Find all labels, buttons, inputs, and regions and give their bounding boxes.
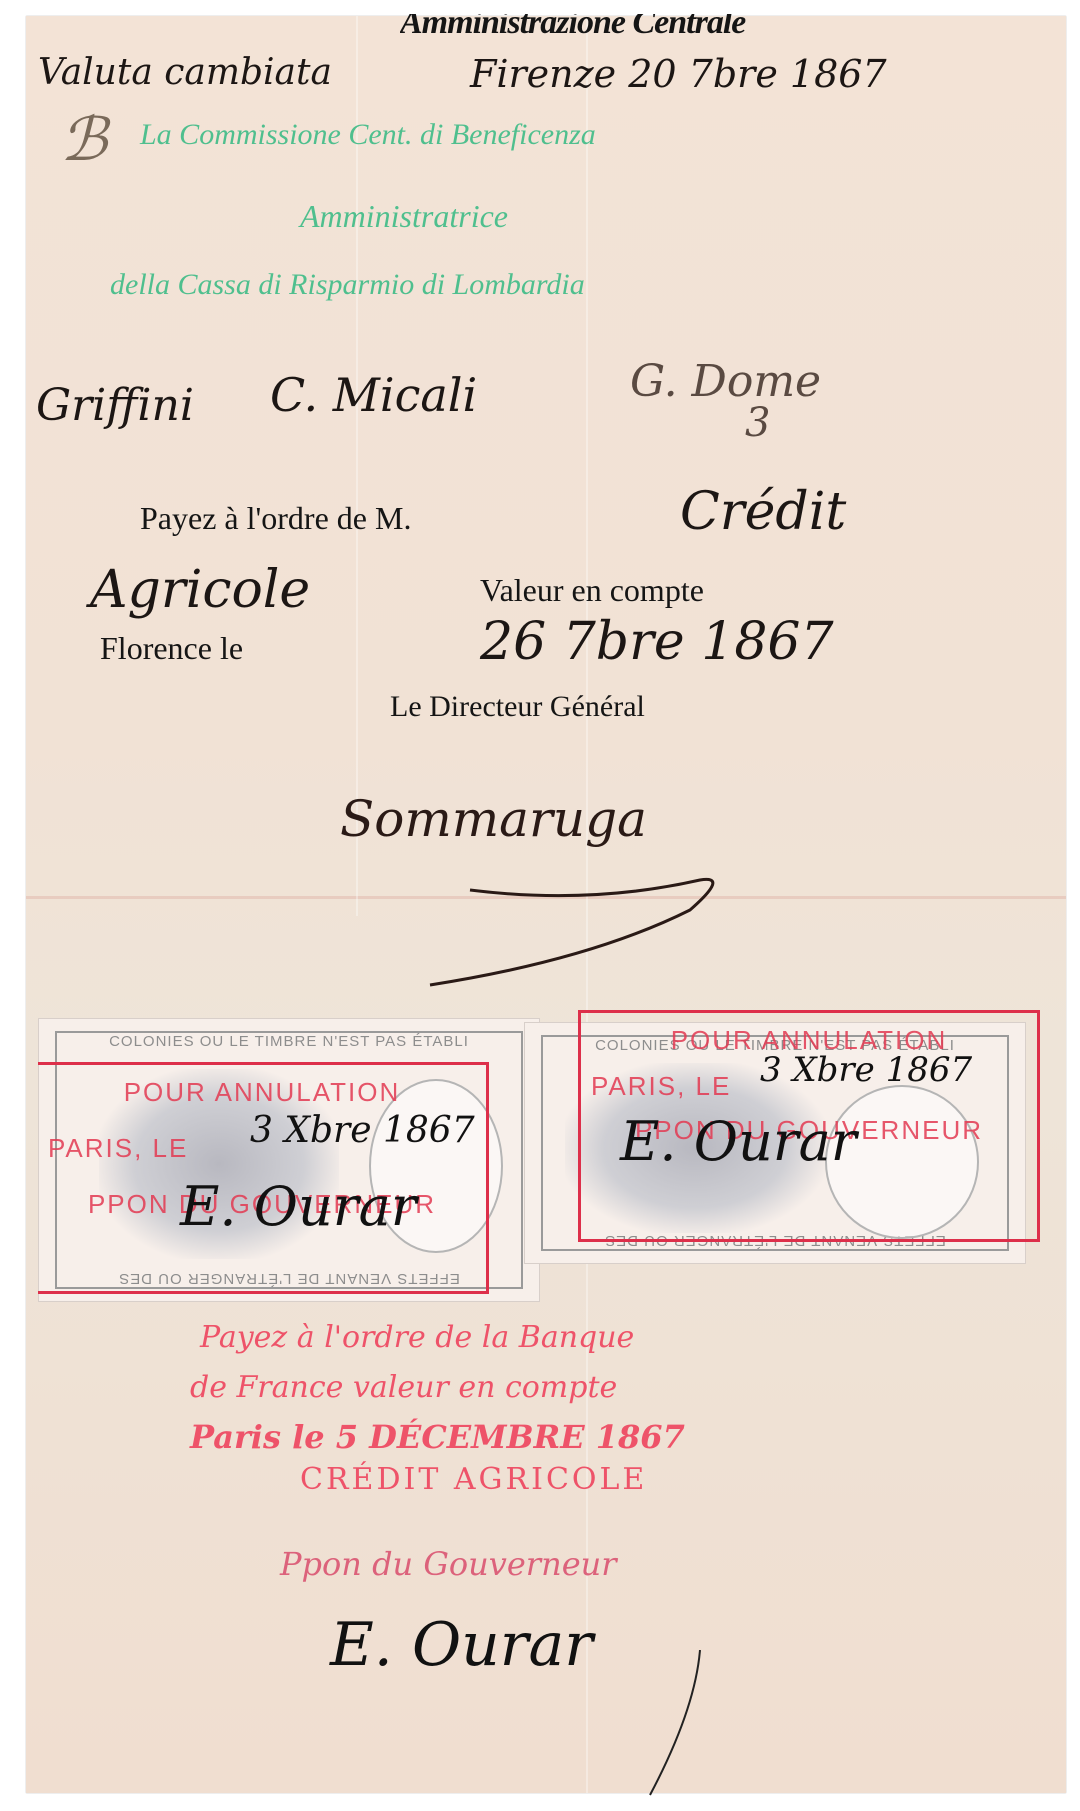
- endorse-valeur: Valeur en compte: [480, 572, 704, 609]
- endorse-agricole: Agricole: [90, 560, 310, 620]
- signature-flourish: [390, 850, 750, 1000]
- signature-tail: [640, 1650, 720, 1800]
- endorse-line-1-printed: Payez à l'ordre de M.: [140, 500, 411, 537]
- endorse-florence: Florence le: [100, 630, 243, 667]
- signature-dome: G. Dome: [630, 356, 821, 407]
- red-stamp-line-2: de France valeur en compte: [190, 1370, 617, 1405]
- green-stamp-line-1: La Commissione Cent. di Beneficenza: [140, 118, 596, 152]
- place-date-text: Firenze 20 7bre 1867: [470, 52, 887, 96]
- mark-3: 3: [745, 400, 770, 446]
- stamp-2-date: 3 Xbre 1867: [760, 1050, 972, 1090]
- signature-micali: C. Micali: [270, 368, 477, 422]
- printed-header: Amministrazione Centrale: [400, 4, 745, 42]
- flourish-mark: ℬ: [60, 105, 107, 175]
- green-stamp-line-3: della Cassa di Risparmio di Lombardia: [110, 268, 585, 302]
- endorse-date: 26 7bre 1867: [480, 612, 834, 672]
- stamp-border-top: COLONIES OU LE TIMBRE N'EST PAS ÉTABLI: [63, 1033, 515, 1050]
- red-stamp-line-5: Ppon du Gouverneur: [280, 1545, 617, 1583]
- red-stamp-line-4: CRÉDIT AGRICOLE: [300, 1462, 647, 1497]
- valuta-cambiata-text: Valuta cambiata: [38, 52, 332, 93]
- stamp-1-signature: E. Ourar: [180, 1175, 417, 1238]
- stamp-2-signature: E. Ourar: [620, 1110, 857, 1173]
- endorse-credit: Crédit: [680, 482, 846, 542]
- bottom-signature: E. Ourar: [330, 1610, 593, 1680]
- director-title: Le Directeur Général: [390, 690, 645, 724]
- signature-griffini: Griffini: [36, 380, 194, 431]
- red-stamp-line-3: Paris le 5 DÉCEMBRE 1867: [190, 1418, 685, 1456]
- green-stamp-line-2: Amministratrice: [300, 198, 508, 235]
- stamp-1-date: 3 Xbre 1867: [250, 1110, 475, 1151]
- red-stamp-line-1: Payez à l'ordre de la Banque: [200, 1320, 634, 1355]
- director-signature: Sommaruga: [340, 790, 647, 848]
